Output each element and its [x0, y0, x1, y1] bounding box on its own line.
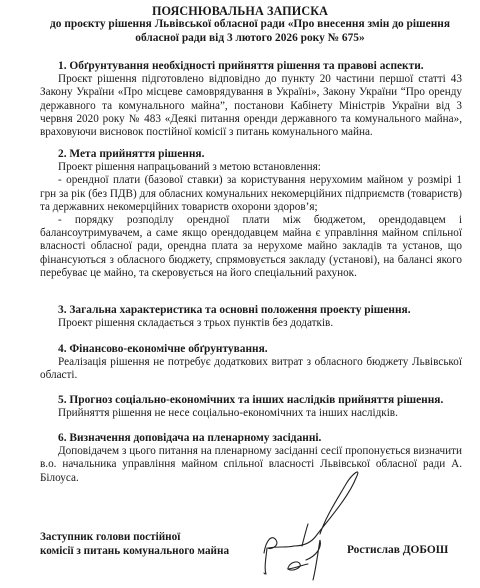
section-heading: 5. Прогноз соціально-економічних та інши… — [40, 394, 462, 407]
section-paragraph: Прийняття рішення не несе соціально-екон… — [40, 407, 462, 420]
section-paragraph: Проект рішення складається з трьох пункт… — [40, 317, 462, 330]
signatory-name: Ростислав ДОБОШ — [347, 544, 448, 556]
signatory-position: Заступник голови постійної комісії з пит… — [40, 530, 229, 558]
document-subtitle: до проєкту рішення Львівської обласної р… — [40, 18, 460, 45]
section-heading: 6. Визначення доповідача на пленарному з… — [40, 432, 462, 445]
signatory-position-line1: Заступник голови постійної — [40, 530, 229, 544]
section-paragraph: Доповідачем з цього питання на пленарном… — [40, 445, 462, 485]
section-3: 3. Загальна характеристика та основні по… — [40, 304, 462, 330]
section-heading: 3. Загальна характеристика та основні по… — [40, 304, 462, 317]
handwritten-signature-icon — [258, 468, 368, 583]
section-paragraph: Проєкт рішення підготовлено відповідно д… — [40, 73, 462, 139]
document-page: ПОЯСНЮВАЛЬНА ЗАПИСКА до проєкту рішення … — [0, 0, 480, 588]
document-title: ПОЯСНЮВАЛЬНА ЗАПИСКА — [0, 4, 480, 19]
signatory-position-line2: комісії з питань комунального майна — [40, 544, 229, 558]
section-2: 2. Мета прийняття рішення. Проект рішенн… — [40, 148, 462, 280]
section-paragraph: - орендної плати (базової ставки) за кор… — [40, 174, 462, 214]
section-paragraph: - порядку розподілу орендної плати між б… — [40, 214, 462, 280]
section-paragraph: Проект рішення напрацьований з метою вст… — [40, 161, 462, 174]
section-4: 4. Фінансово-економічне обґрунтування. Р… — [40, 343, 462, 383]
section-5: 5. Прогноз соціально-економічних та інши… — [40, 394, 462, 420]
section-1: 1. Обґрунтування необхідності прийняття … — [40, 60, 462, 139]
section-heading: 4. Фінансово-економічне обґрунтування. — [40, 343, 462, 356]
section-6: 6. Визначення доповідача на пленарному з… — [40, 432, 462, 485]
section-heading: 2. Мета прийняття рішення. — [40, 148, 462, 161]
section-paragraph: Реалізація рішення не потребує додаткови… — [40, 356, 462, 382]
section-heading: 1. Обґрунтування необхідності прийняття … — [40, 60, 462, 73]
